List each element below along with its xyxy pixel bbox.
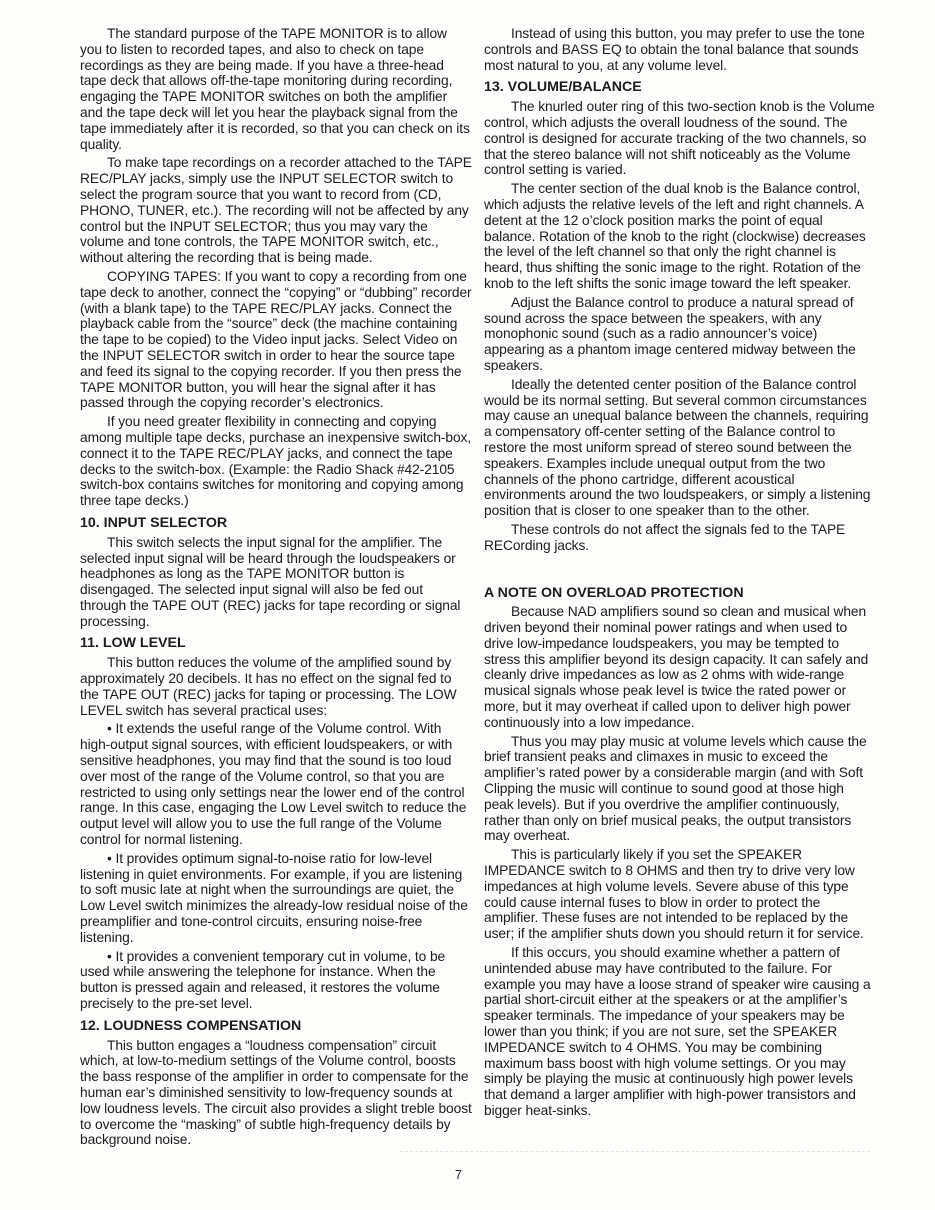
section-heading-overload-protection: A NOTE ON OVERLOAD PROTECTION	[484, 586, 876, 602]
paragraph-overload-intro: Because NAD amplifiers sound so clean an…	[484, 604, 876, 730]
paragraph-volume-control: The knurled outer ring of this two-secti…	[484, 99, 876, 178]
right-column: Instead of using this button, you may pr…	[484, 26, 876, 1122]
paragraph-make-tape-recordings: To make tape recordings on a recorder at…	[80, 155, 472, 266]
bullet-temporary-cut: • It provides a convenient temporary cut…	[80, 949, 472, 1012]
paragraph-speaker-impedance-8ohms: This is particularly likely if you set t…	[484, 847, 876, 942]
paragraph-input-selector: This switch selects the input signal for…	[80, 535, 472, 630]
paragraph-transient-peaks: Thus you may play music at volume levels…	[484, 734, 876, 845]
section-heading-low-level: 11. LOW LEVEL	[80, 636, 472, 652]
section-heading-volume-balance: 13. VOLUME/BALANCE	[484, 80, 876, 96]
paragraph-tape-monitor-purpose: The standard purpose of the TAPE MONITOR…	[80, 26, 472, 152]
page-number: 7	[455, 1168, 462, 1182]
paragraph-tone-controls-alt: Instead of using this button, you may pr…	[484, 26, 876, 73]
left-column: The standard purpose of the TAPE MONITOR…	[80, 26, 472, 1151]
paragraph-tape-rec-unaffected: These controls do not affect the signals…	[484, 522, 876, 554]
manual-page: The standard purpose of the TAPE MONITOR…	[0, 0, 935, 1210]
paragraph-copying-tapes: COPYING TAPES: If you want to copy a rec…	[80, 269, 472, 411]
section-heading-input-selector: 10. INPUT SELECTOR	[80, 516, 472, 532]
paragraph-balance-adjust: Adjust the Balance control to produce a …	[484, 295, 876, 374]
bullet-signal-to-noise: • It provides optimum signal-to-noise ra…	[80, 851, 472, 946]
paragraph-loudness-compensation: This button engages a “loudness compensa…	[80, 1038, 472, 1149]
section-heading-loudness-compensation: 12. LOUDNESS COMPENSATION	[80, 1019, 472, 1035]
paragraph-switch-box: If you need greater flexibility in conne…	[80, 414, 472, 509]
paragraph-low-level-intro: This button reduces the volume of the am…	[80, 655, 472, 718]
paragraph-balance-center-position: Ideally the detented center position of …	[484, 377, 876, 519]
paragraph-balance-control: The center section of the dual knob is t…	[484, 181, 876, 292]
bullet-volume-range: • It extends the useful range of the Vol…	[80, 721, 472, 847]
paragraph-unintended-abuse: If this occurs, you should examine wheth…	[484, 945, 876, 1119]
scan-artifact-line	[400, 1151, 870, 1152]
